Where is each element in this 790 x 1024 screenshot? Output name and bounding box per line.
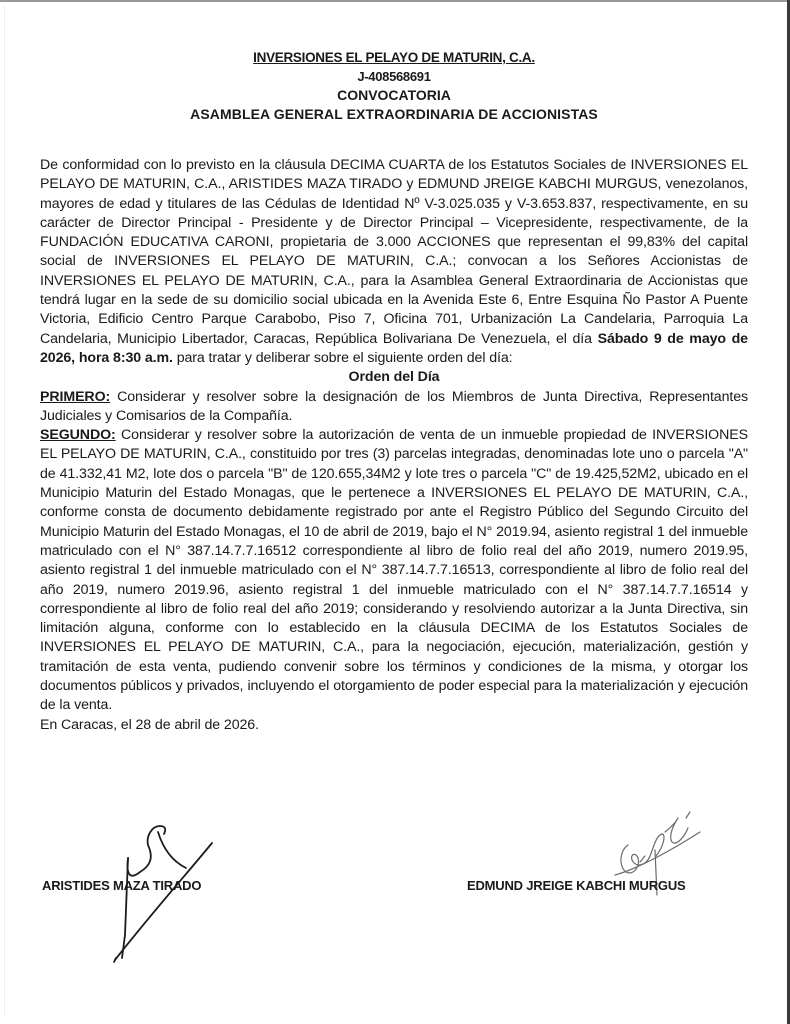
place-and-date: En Caracas, el 28 de abril de 2026.	[40, 716, 748, 735]
document-title: CONVOCATORIA	[40, 86, 748, 105]
intro-paragraph: De conformidad con lo previsto en la clá…	[40, 156, 748, 368]
company-name: INVERSIONES EL PELAYO DE MATURIN, C.A.	[40, 48, 748, 67]
agenda-item-text: Considerar y resolver sobre la designaci…	[40, 389, 748, 424]
agenda-item-label: SEGUNDO:	[40, 427, 116, 443]
agenda-item-label: PRIMERO:	[40, 389, 110, 405]
agenda-item-primero: PRIMERO: Considerar y resolver sobre la …	[40, 388, 748, 427]
page-border-top	[0, 0, 790, 2]
signatory-name-left: ARISTIDES MAZA TIRADO	[42, 878, 201, 893]
intro-text-end: para tratar y deliberar sobre el siguien…	[173, 350, 513, 366]
document-subtitle: ASAMBLEA GENERAL EXTRAORDINARIA DE ACCIO…	[40, 105, 748, 124]
company-rif: J-408568691	[40, 67, 748, 86]
convocatoria-document: INVERSIONES EL PELAYO DE MATURIN, C.A. J…	[40, 48, 748, 735]
document-header: INVERSIONES EL PELAYO DE MATURIN, C.A. J…	[40, 48, 748, 124]
agenda-item-text: Considerar y resolver sobre la autorizac…	[40, 427, 748, 713]
page-border-left	[4, 6, 5, 1016]
document-body: De conformidad con lo previsto en la clá…	[40, 156, 748, 735]
signatory-name-right: EDMUND JREIGE KABCHI MURGUS	[467, 878, 686, 893]
intro-text: De conformidad con lo previsto en la clá…	[40, 157, 748, 347]
agenda-title: Orden del Día	[40, 368, 748, 387]
agenda-item-segundo: SEGUNDO: Considerar y resolver sobre la …	[40, 426, 748, 715]
